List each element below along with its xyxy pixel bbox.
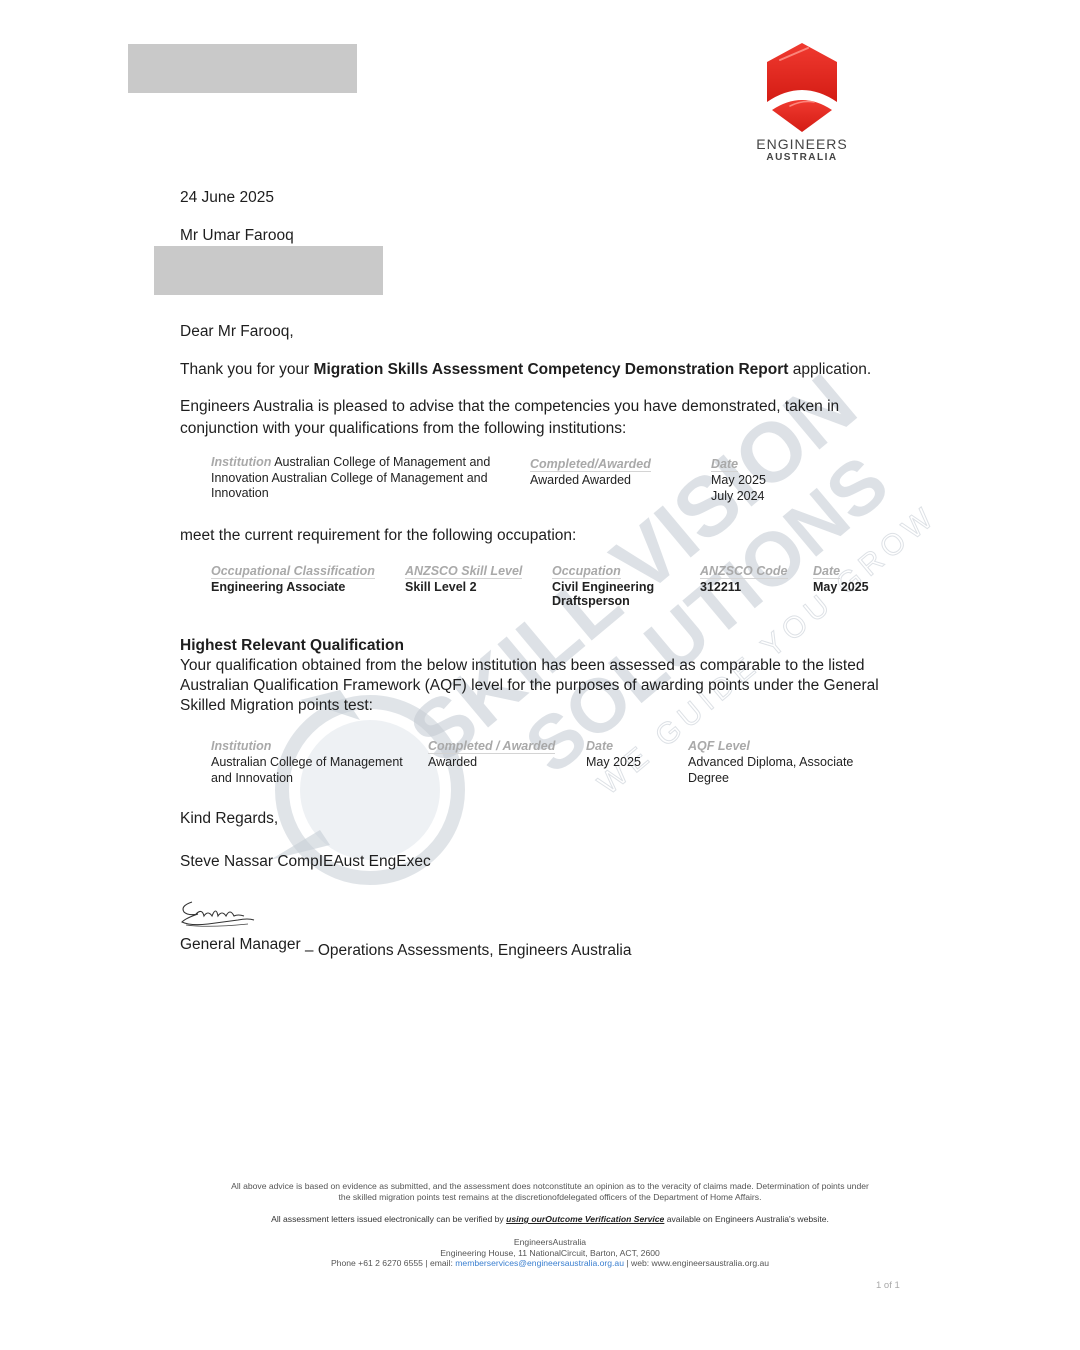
- verification-service-link[interactable]: using ourOutcome Verification Service: [506, 1214, 664, 1224]
- verify-prefix: All assessment letters issued electronic…: [271, 1214, 506, 1224]
- application-type: Migration Skills Assessment Competency D…: [314, 361, 789, 378]
- redacted-block-top: [128, 44, 357, 93]
- hrq-aqf-cell: AQF Level Advanced Diploma, Associate De…: [688, 737, 878, 786]
- disclaimer-line-2: the skilled migration points test remain…: [150, 1192, 950, 1203]
- occupation-date-label: Date: [813, 564, 840, 579]
- redacted-address-block: [154, 246, 383, 295]
- email-link[interactable]: memberservices@engineersaustralia.org.au: [455, 1258, 624, 1268]
- hrq-aqf-value: Advanced Diploma, Associate Degree: [688, 755, 878, 786]
- closing: Kind Regards,: [180, 808, 278, 829]
- hrq-completed-value: Awarded: [428, 755, 568, 771]
- anzsco-code-value: 312211: [700, 580, 800, 596]
- footer-contact: EngineersAustralia Engineering House, 11…: [150, 1237, 950, 1269]
- title-part2: – Operations Assessments, Engineers Aust…: [301, 942, 632, 959]
- signatory-name: Steve Nassar CompIEAust EngExec: [180, 851, 431, 872]
- engineers-australia-logo: ENGINEERS AUSTRALIA: [750, 40, 854, 165]
- anzsco-code-cell: ANZSCO Code 312211: [700, 562, 800, 596]
- logo-text-australia: AUSTRALIA: [750, 152, 854, 164]
- intro-suffix: application.: [788, 361, 871, 378]
- occupation-cell: Occupation Civil Engineering Draftsperso…: [552, 562, 672, 608]
- hrq-completed-label: Completed / Awarded: [428, 739, 555, 754]
- occupation-date-value: May 2025: [813, 580, 893, 596]
- verify-line: All assessment letters issued electronic…: [150, 1214, 950, 1225]
- anzsco-code-label: ANZSCO Code: [700, 564, 788, 579]
- hrq-date-label: Date: [586, 739, 613, 753]
- advice-paragraph: Engineers Australia is pleased to advise…: [180, 396, 880, 440]
- occupation-date-cell: Date May 2025: [813, 562, 893, 596]
- logo-text-engineers: ENGINEERS: [750, 136, 854, 152]
- org-name: EngineersAustralia: [150, 1237, 950, 1248]
- hrq-date-cell: Date May 2025: [586, 737, 676, 771]
- completed-cell: Completed/Awarded Awarded Awarded: [530, 455, 690, 489]
- contact-line: Phone +61 2 6270 6555 | email: memberser…: [150, 1258, 950, 1269]
- intro-paragraph: Thank you for your Migration Skills Asse…: [180, 359, 920, 380]
- hrq-institution-value: Australian College of Management and Inn…: [211, 755, 416, 786]
- occupational-classification-value: Engineering Associate: [211, 580, 391, 596]
- skill-level-cell: ANZSCO Skill Level Skill Level 2: [405, 562, 535, 596]
- date-value-1: May 2025: [711, 473, 811, 489]
- footer-disclaimer: All above advice is based on evidence as…: [150, 1181, 950, 1203]
- phone-text: Phone +61 2 6270 6555 | email:: [331, 1258, 455, 1268]
- hrq-heading: Highest Relevant Qualification: [180, 635, 404, 656]
- occupation-value: Civil Engineering Draftsperson: [552, 580, 672, 608]
- completed-value: Awarded Awarded: [530, 473, 690, 489]
- salutation: Dear Mr Farooq,: [180, 321, 294, 342]
- hrq-aqf-label: AQF Level: [688, 739, 750, 753]
- completed-label: Completed/Awarded: [530, 457, 651, 472]
- date-value-2: July 2024: [711, 489, 811, 505]
- hrq-completed-cell: Completed / Awarded Awarded: [428, 737, 568, 771]
- date-label: Date: [711, 457, 738, 472]
- date-cell: Date May 2025 July 2024: [711, 455, 811, 504]
- occupation-label: Occupation: [552, 564, 621, 579]
- institution-cell: Institution Australian College of Manage…: [211, 455, 507, 502]
- disclaimer-line-1: All above advice is based on evidence as…: [150, 1181, 950, 1192]
- page-number: 1 of 1: [876, 1280, 900, 1291]
- hrq-paragraph: Your qualification obtained from the bel…: [180, 656, 915, 716]
- org-address: Engineering House, 11 NationalCircuit, B…: [150, 1248, 950, 1259]
- hrq-institution-label: Institution: [211, 739, 271, 753]
- institution-label: Institution: [211, 455, 271, 469]
- signatory-title: General Manager – Operations Assessments…: [180, 934, 631, 955]
- verify-suffix: available on Engineers Australia's websi…: [664, 1214, 829, 1224]
- meet-requirement-text: meet the current requirement for the fol…: [180, 525, 576, 546]
- letter-date: 24 June 2025: [180, 187, 274, 208]
- logo-hexagon-icon: [750, 40, 854, 136]
- intro-prefix: Thank you for your: [180, 361, 314, 378]
- occupational-classification-cell: Occupational Classification Engineering …: [211, 562, 391, 596]
- skill-level-label: ANZSCO Skill Level: [405, 564, 522, 579]
- hrq-institution-cell: Institution Australian College of Manage…: [211, 737, 416, 786]
- skill-level-value: Skill Level 2: [405, 580, 535, 596]
- title-part1: General Manager: [180, 936, 301, 953]
- occupational-classification-label: Occupational Classification: [211, 564, 375, 579]
- web-text: | web: www.engineersaustralia.org.au: [624, 1258, 769, 1268]
- signature-icon: [178, 898, 258, 932]
- hrq-date-value: May 2025: [586, 755, 676, 771]
- recipient-name: Mr Umar Farooq: [180, 225, 294, 246]
